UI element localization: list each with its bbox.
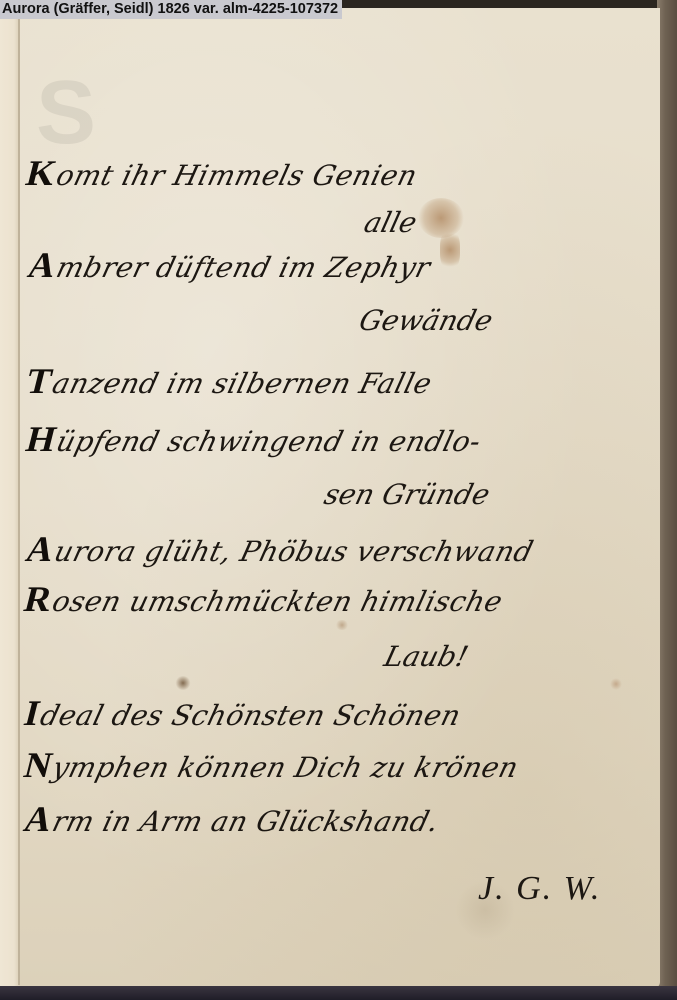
poem-line-1-continuation: alle (361, 206, 420, 239)
line-text: ymphen können Dich zu krönen (49, 751, 522, 784)
line-text: üpfend schwingend in endlo- (53, 425, 485, 458)
line-text: anzend im silbernen Falle (49, 367, 435, 400)
poem-line-2: Ambrer düftend im Zephyr (24, 244, 436, 286)
author-signature: J. G. W. (478, 870, 601, 908)
poem-line-3: Tanzend im silbernen Falle (22, 360, 437, 402)
line-text: rm in Arm an Glückshand. (49, 805, 443, 838)
line-text: omt ihr Himmels Genien (53, 159, 421, 192)
line-text: urora glüht, Phöbus verschwand (51, 535, 537, 568)
line-text: deal des Schönsten Schönen (37, 699, 464, 732)
acrostic-poem: Komt ihr Himmels Genien alle Ambrer düft… (0, 0, 677, 1000)
scanned-page: S Komt ihr Himmels Genien alle Ambrer dü… (0, 0, 677, 1000)
poem-line-4-continuation: sen Gründe (321, 478, 493, 511)
poem-line-6-continuation: Laub! (381, 640, 472, 673)
line-text: osen umschmückten himlische (49, 585, 506, 618)
poem-line-1: Komt ihr Himmels Genien (22, 152, 423, 194)
poem-line-5: Aurora glüht, Phöbus verschwand (22, 528, 539, 570)
poem-line-4: Hüpfend schwingend in endlo- (22, 418, 486, 460)
poem-line-8: Nymphen können Dich zu krönen (20, 744, 524, 786)
poem-line-7: Ideal des Schönsten Schönen (20, 692, 466, 734)
line-text: mbrer düftend im Zephyr (53, 251, 434, 284)
poem-line-6: Rosen umschmückten himlische (20, 578, 508, 620)
poem-line-2-continuation: Gewände (356, 304, 496, 337)
image-caption: Aurora (Gräffer, Seidl) 1826 var. alm-42… (0, 0, 342, 19)
poem-line-9: Arm in Arm an Glückshand. (20, 798, 444, 840)
